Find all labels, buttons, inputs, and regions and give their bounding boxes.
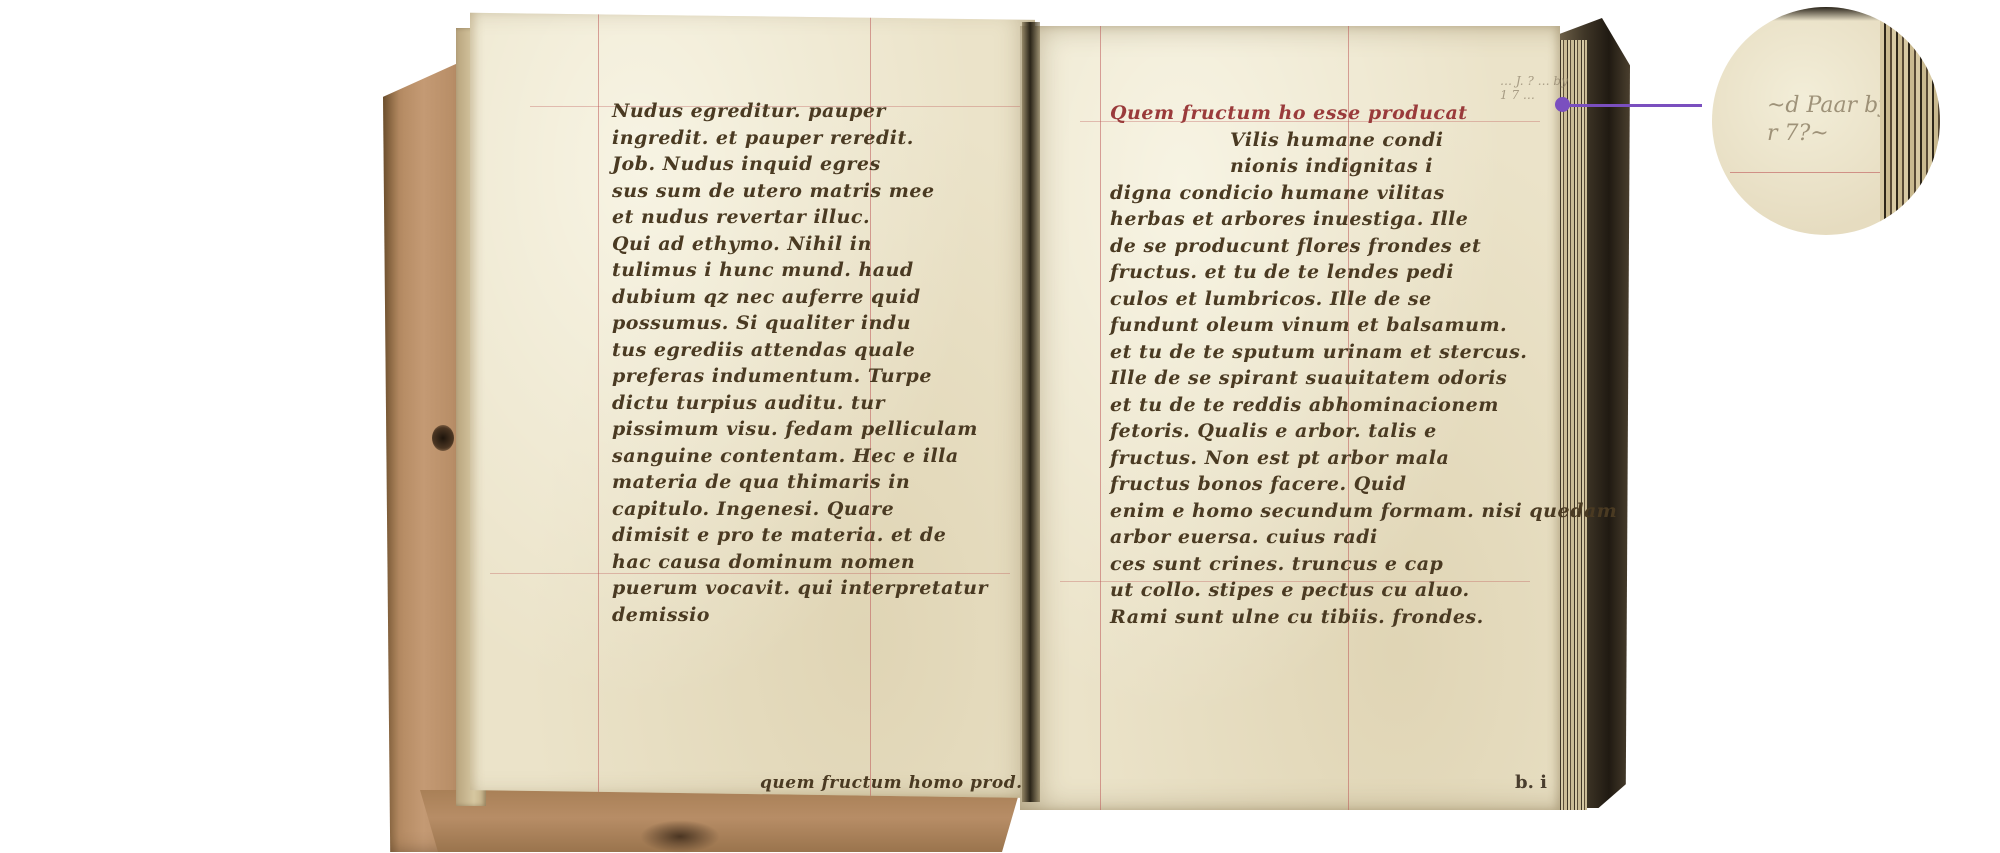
text-line: et nudus revertar illuc. xyxy=(612,204,988,231)
text-line: et tu de te sputum urinam et stercus. xyxy=(1110,339,1617,366)
text-line: Qui ad ethymo. Nihil in xyxy=(612,231,988,258)
text-line: nionis indignitas i xyxy=(1110,153,1617,180)
text-line: materia de qua thimaris in xyxy=(612,469,988,496)
magnified-pencil-note: ~d Paar by r 7?~ xyxy=(1767,92,1891,148)
text-line: fundunt oleum vinum et balsamum. xyxy=(1110,312,1617,339)
text-line: sanguine contentam. Hec e illa xyxy=(612,443,988,470)
text-line: enim e homo secundum formam. nisi quedam xyxy=(1110,498,1617,525)
text-line: ingredit. et pauper reredit. xyxy=(612,125,988,152)
cover-stain xyxy=(640,820,720,853)
magnified-ruling-line xyxy=(1730,172,1885,173)
text-line: digna condicio humane vilitas xyxy=(1110,180,1617,207)
text-line: capitulo. Ingenesi. Quare xyxy=(612,496,988,523)
right-page-text: Quem fructum ho esse producat Vilis huma… xyxy=(1110,100,1617,630)
text-line: sus sum de utero matris mee xyxy=(612,178,988,205)
text-line: preferas indumentum. Turpe xyxy=(612,363,988,390)
left-page-text: Nudus egreditur. pauper ingredit. et pau… xyxy=(612,98,988,628)
text-line: Job. Nudus inquid egres xyxy=(612,151,988,178)
text-line: Nudus egreditur. pauper xyxy=(612,98,988,125)
text-line: hac causa dominum nomen xyxy=(612,549,988,576)
magnified-note-line: r 7?~ xyxy=(1767,120,1891,148)
magnifier-callout: ~d Paar by r 7?~ xyxy=(1712,7,1940,235)
text-line: de se producunt flores frondes et xyxy=(1110,233,1617,260)
text-line: ces sunt crines. truncus e cap xyxy=(1110,551,1617,578)
annotation-leader-line xyxy=(1565,104,1702,107)
text-line: Rami sunt ulne cu tibiis. frondes. xyxy=(1110,604,1617,631)
text-line: tus egrediis attendas quale xyxy=(612,337,988,364)
text-line: dubium qz nec auferre quid xyxy=(612,284,988,311)
cover-bottom-edge xyxy=(420,790,1020,852)
text-line: dimisit e pro te materia. et de xyxy=(612,522,988,549)
ruling-line xyxy=(598,8,599,798)
text-line: herbas et arbores inuestiga. Ille xyxy=(1110,206,1617,233)
text-line: possumus. Si qualiter indu xyxy=(612,310,988,337)
ruling-line xyxy=(1100,26,1101,810)
text-line: fructus. Non est pt arbor mala xyxy=(1110,445,1617,472)
text-line: fructus bonos facere. Quid xyxy=(1110,471,1617,498)
manuscript-photo: Nudus egreditur. pauper ingredit. et pau… xyxy=(0,0,2000,853)
book-gutter xyxy=(1022,22,1040,802)
quire-signature: b. i xyxy=(1515,772,1547,793)
text-line: demissio xyxy=(612,602,988,629)
text-line: arbor euersa. cuius radi xyxy=(1110,524,1617,551)
pencil-note-line: … J. ? … by xyxy=(1500,74,1568,88)
text-line: fetoris. Qualis e arbor. talis e xyxy=(1110,418,1617,445)
text-line: Vilis humane condi xyxy=(1110,127,1617,154)
text-line: Ille de se spirant suauitatem odoris xyxy=(1110,365,1617,392)
magnified-note-line: ~d Paar by xyxy=(1767,92,1891,120)
text-line: pissimum visu. fedam pelliculam xyxy=(612,416,988,443)
wormhole xyxy=(432,425,454,451)
magnified-page-edges xyxy=(1880,7,1940,235)
catchword: quem fructum homo prod. xyxy=(760,773,1023,793)
text-line: dictu turpius auditu. tur xyxy=(612,390,988,417)
text-line: tulimus i hunc mund. haud xyxy=(612,257,988,284)
text-line: fructus. et tu de te lendes pedi xyxy=(1110,259,1617,286)
rubric-heading: Quem fructum ho esse producat xyxy=(1110,100,1617,127)
text-line: ut collo. stipes e pectus cu aluo. xyxy=(1110,577,1617,604)
text-line: puerum vocavit. qui interpretatur xyxy=(612,575,988,602)
text-line: et tu de te reddis abhominacionem xyxy=(1110,392,1617,419)
text-line: culos et lumbricos. Ille de se xyxy=(1110,286,1617,313)
